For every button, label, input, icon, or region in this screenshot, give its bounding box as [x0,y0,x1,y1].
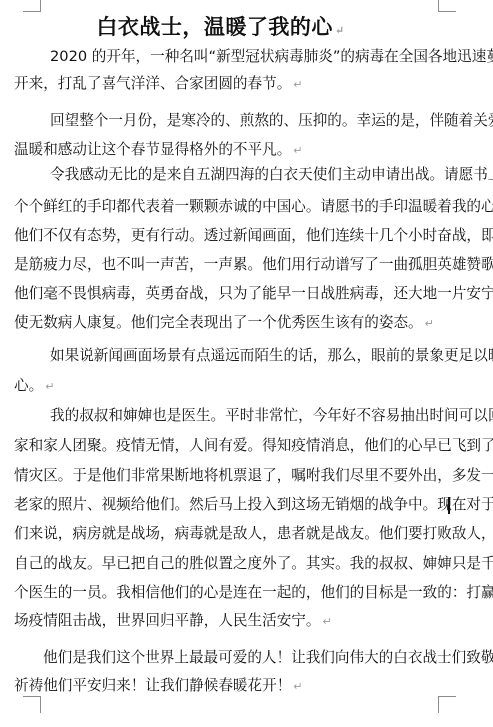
text-cursor [448,497,450,514]
paragraph-mark-icon: ↵ [322,615,331,628]
title-text: 白衣战士，温暖了我的心 [96,14,333,39]
line-text: 场疫情阻击战，世界回归平静，人民生活安宁。 [14,612,320,629]
document-page[interactable]: 白衣战士，温暖了我的心↵ 2020 的开年，一种名叫“新型冠状病毒肺炎”的病毒在… [0,0,493,727]
paragraph-mark-icon: ↵ [425,317,434,330]
paragraph-3-line-1: 令我感动无比的是来自五湖四海的白衣天使们主动申请出战。请愿书上一 [50,164,473,186]
paragraph-5-line-8: 场疫情阻击战，世界回归平静，人民生活安宁。↵ [14,610,473,632]
paragraph-5-line-3: 情灾区。于是他们非常果断地将机票退了，嘱咐我们尽里不要外出，多发一些 [14,465,473,487]
paragraph-3-line-2: 个个鲜红的手印都代表着一颗颗赤诚的中国心。请愿书的手印温暖着我的心。 [14,196,473,218]
paragraph-4-line-1: 如果说新闻画面场景有点遥远而陌生的话，那么，眼前的景象更足以暖人 [50,345,473,367]
line-text: 祈祷他们平安归来！让我们静候春暖花开！ [14,677,291,694]
paragraph-5-line-7: 个医生的一员。我相信他们的心是连在一起的，他们的目标是一致的：打赢这 [14,582,473,604]
paragraph-2-line-2: 温暖和感动让这个春节显得格外的不平凡。↵ [14,139,473,161]
paragraph-1-line-2: 开来，打乱了喜气洋洋、合家团圆的春节。↵ [14,73,473,95]
paragraph-mark-icon: ↵ [293,680,302,693]
paragraph-3-line-3: 他们不仅有态势，更有行动。透过新闻画面，他们连续十几个小时奋战，即使 [14,225,473,247]
paragraph-5-line-6: 自己的战友。早已把自己的胜似置之度外了。其实。我的叔叔、婶婶只是千万 [14,553,473,575]
paragraph-5-line-2: 家和家人团聚。疫情无情，人间有爱。得知疫情消息，他们的心早已飞到了疫 [14,435,473,457]
paragraph-mark-icon: ↵ [293,144,302,157]
line-text: 开来，打乱了喜气洋洋、合家团圆的春节。 [14,75,291,92]
paragraph-5-line-4: 老家的照片、视频给他们。然后马上投入到这场无销烟的战争中。现在对于他 [14,494,473,516]
paragraph-mark-icon: ↵ [335,24,345,37]
paragraph-3-line-5: 他们毫不畏惧病毒，英勇奋战，只为了能早一日战胜病毒，还大地一片安宁， [14,283,473,305]
paragraph-mark-icon: ↵ [45,380,54,393]
paragraph-4-line-2: 心。↵ [14,375,473,397]
paragraph-6-line-2: 祈祷他们平安归来！让我们静候春暖花开！↵ [14,675,473,697]
paragraph-mark-icon: ↵ [293,78,302,91]
line-text: 使无数病人康复。他们完全表现出了一个优秀医生该有的姿态。 [14,314,423,331]
line-text: 温暖和感动让这个春节显得格外的不平凡。 [14,141,291,158]
paragraph-3-line-4: 是筋疲力尽，也不叫一声苦，一声累。他们用行动谱写了一曲孤胆英雄赞歌。 [14,254,473,276]
margin-corner-bottom-right [438,696,456,713]
paragraph-3-line-6: 使无数病人康复。他们完全表现出了一个优秀医生该有的姿态。↵ [14,312,473,334]
document-title: 白衣战士，温暖了我的心↵ [0,12,493,46]
paragraph-1-line-1: 2020 的开年，一种名叫“新型冠状病毒肺炎”的病毒在全国各地迅速蔓延 [50,46,473,68]
line-text: 心。 [14,377,43,394]
margin-corner-top-left [23,0,41,12]
paragraph-5-line-1: 我的叔叔和婶婶也是医生。平时非常忙，今年好不容易抽出时间可以回老 [50,405,473,427]
paragraph-6-line-1: 他们是我们这个世界上最最可爱的人！让我们向伟大的白衣战士们致敬， [43,647,473,669]
margin-corner-top-right [438,0,456,12]
margin-corner-bottom-left [23,696,41,713]
paragraph-2-line-1: 回望整个一月份，是寒冷的、煎熬的、压抑的。幸运的是，伴随着关爱、 [50,110,473,132]
paragraph-5-line-5: 们来说，病房就是战场，病毒就是敌人，患者就是战友。他们要打败敌人，救 [14,523,473,545]
